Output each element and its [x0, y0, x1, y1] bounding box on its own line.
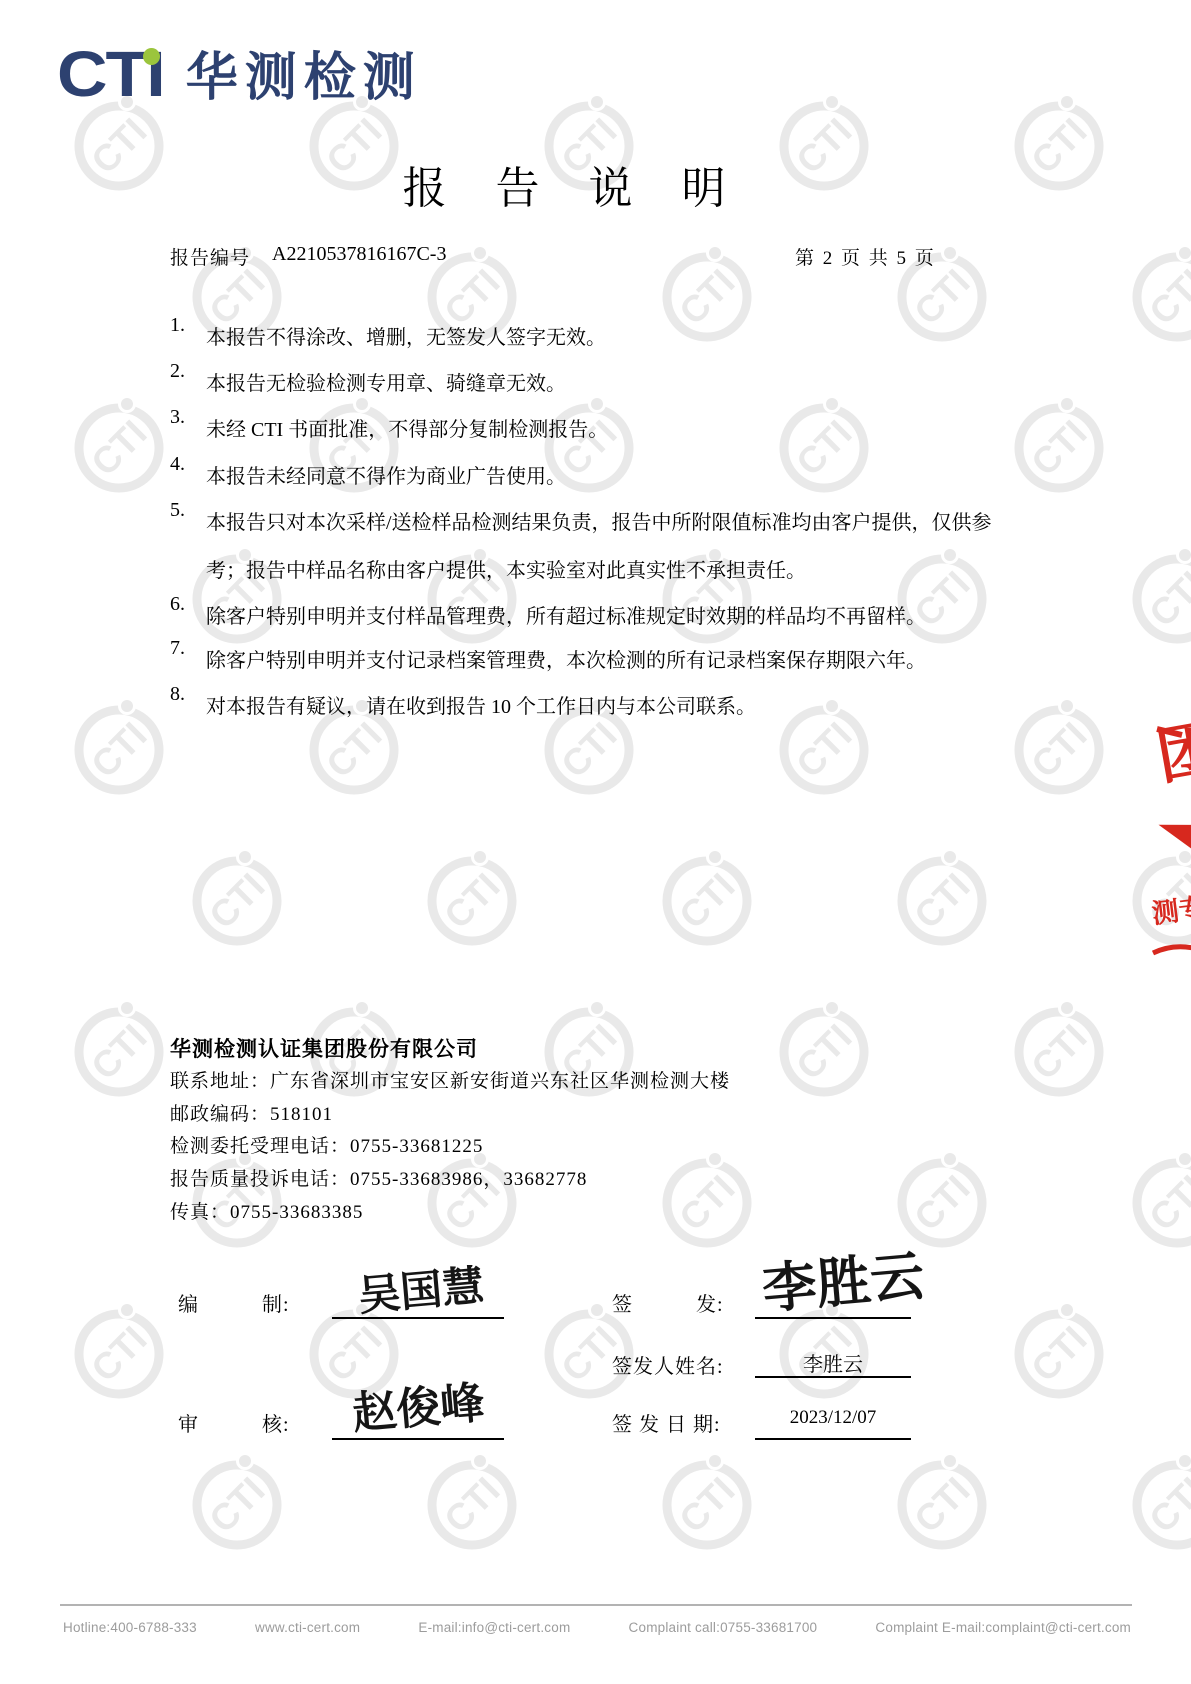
note-item-4: 4. 本报告未经同意不得作为商业广告使用。	[170, 453, 1106, 501]
note-text: 本报告只对本次采样/送检样品检测结果负责，报告中所附限值标准均由客户提供，仅供参…	[206, 499, 996, 595]
cti-watermark-icon: CTI	[422, 846, 522, 956]
company-accept-tel: 检测委托受理电话：0755-33681225	[170, 1131, 483, 1158]
issue-date-line	[755, 1438, 911, 1440]
svg-text:CTI: CTI	[83, 412, 154, 483]
cti-watermark-icon: CTI	[892, 846, 992, 956]
note-number: 8.	[170, 683, 206, 731]
note-text: 对本报告有疑议，请在收到报告 10 个工作日内与本公司联系。	[206, 683, 1106, 731]
cti-watermark-icon: CTI	[774, 997, 874, 1107]
seal-char-top: 团	[1152, 715, 1191, 793]
cti-watermark: CTI	[69, 695, 169, 810]
cti-watermark-icon: CTI	[892, 1450, 992, 1560]
prepare-signature: 吴国慧	[356, 1253, 487, 1324]
cti-watermark: CTI	[657, 1148, 757, 1263]
report-page: CTICTICTICTICTICTICTICTICTICTICTICTICTIC…	[0, 0, 1191, 1684]
note-number: 4.	[170, 453, 206, 501]
company-fax: 传真：0755-33683385	[170, 1197, 363, 1224]
issue-signature: 李胜云	[759, 1233, 927, 1324]
issuer-name-line	[755, 1376, 911, 1378]
note-item-5: 5. 本报告只对本次采样/送检样品检测结果负责，报告中所附限值标准均由客户提供，…	[170, 499, 996, 595]
cti-watermark: CTI	[1127, 242, 1191, 357]
cti-watermark: CTI	[187, 846, 287, 961]
cti-watermark-icon: CTI	[1127, 544, 1191, 654]
cti-watermark: CTI	[1009, 997, 1109, 1112]
note-text: 未经 CTI 书面批准，不得部分复制检测报告。	[206, 406, 1106, 454]
note-item-8: 8. 对本报告有疑议，请在收到报告 10 个工作日内与本公司联系。	[170, 683, 1106, 731]
note-item-7: 7. 除客户特别申明并支付记录档案管理费，本次检测的所有记录档案保存期限六年。	[170, 637, 1106, 685]
red-seal-graphic: 团 测专	[1150, 683, 1191, 973]
note-number: 2.	[170, 360, 206, 408]
note-number: 3.	[170, 406, 206, 454]
footer-email: E-mail:info@cti-cert.com	[418, 1620, 570, 1635]
footer-divider	[60, 1604, 1132, 1606]
svg-text:CTI: CTI	[1023, 1016, 1094, 1087]
red-seal-stamp: 团 测专	[1150, 683, 1191, 978]
cti-watermark-icon: CTI	[1009, 1299, 1109, 1409]
review-label: 审 核:	[178, 1408, 290, 1437]
company-address: 联系地址：广东省深圳市宝安区新安街道兴东社区华测检测大楼	[170, 1066, 730, 1093]
cti-watermark: CTI	[69, 393, 169, 508]
issue-date-value: 2023/12/07	[755, 1407, 911, 1429]
page-title: 报 告 说 明	[285, 152, 855, 216]
issue-label: 签 发:	[612, 1288, 724, 1317]
note-text: 本报告无检验检测专用章、骑缝章无效。	[206, 360, 1106, 408]
prepare-signature-line	[332, 1317, 504, 1319]
cti-watermark-icon: CTI	[1009, 997, 1109, 1107]
cti-watermark-icon: CTI	[187, 846, 287, 956]
review-signature-line	[332, 1438, 504, 1440]
svg-text:CTI: CTI	[83, 714, 154, 785]
cti-watermark: CTI	[774, 997, 874, 1112]
company-name: 华测检测认证集团股份有限公司	[170, 1033, 478, 1063]
cti-watermark-icon: CTI	[187, 1450, 287, 1560]
svg-text:CTI: CTI	[436, 865, 507, 936]
svg-text:CTI: CTI	[1023, 110, 1094, 181]
svg-text:CTI: CTI	[201, 1469, 272, 1540]
cti-watermark: CTI	[1127, 1450, 1191, 1565]
note-number: 7.	[170, 637, 206, 685]
svg-text:CTI: CTI	[83, 1318, 154, 1389]
svg-text:CTI: CTI	[83, 1016, 154, 1087]
note-number: 1.	[170, 314, 206, 362]
cti-watermark: CTI	[69, 1299, 169, 1414]
footer-complaint-email: Complaint E-mail:complaint@cti-cert.com	[875, 1620, 1131, 1635]
note-text: 除客户特别申明并支付样品管理费，所有超过标准规定时效期的样品均不再留样。	[206, 593, 1106, 641]
note-item-6: 6. 除客户特别申明并支付样品管理费，所有超过标准规定时效期的样品均不再留样。	[170, 593, 1106, 641]
cti-watermark-icon: CTI	[1009, 91, 1109, 201]
issue-date-label: 签 发 日 期:	[612, 1408, 721, 1437]
svg-text:CTI: CTI	[906, 865, 977, 936]
footer-complaint-call: Complaint call:0755-33681700	[629, 1620, 818, 1635]
cti-watermark-icon: CTI	[422, 1450, 522, 1560]
issue-signature-line	[755, 1317, 911, 1319]
report-number-label: 报告编号	[170, 243, 250, 270]
cti-watermark-icon: CTI	[69, 393, 169, 503]
cti-watermark-icon: CTI	[69, 997, 169, 1107]
svg-text:CTI: CTI	[906, 1469, 977, 1540]
company-postal-code: 邮政编码：518101	[170, 1099, 333, 1126]
cti-watermark: CTI	[1127, 1148, 1191, 1263]
cti-watermark: CTI	[1009, 91, 1109, 206]
svg-text:CTI: CTI	[788, 1016, 859, 1087]
footer-website: www.cti-cert.com	[255, 1620, 360, 1635]
note-item-2: 2. 本报告无检验检测专用章、骑缝章无效。	[170, 360, 1106, 408]
svg-text:CTI: CTI	[436, 1469, 507, 1540]
cti-watermark: CTI	[539, 997, 639, 1112]
cti-watermark-icon: CTI	[1127, 1450, 1191, 1560]
note-item-1: 1. 本报告不得涂改、增删，无签发人签字无效。	[170, 314, 1106, 362]
company-complaint-tel: 报告质量投诉电话：0755-33683986，33682778	[170, 1164, 587, 1191]
svg-text:CTI: CTI	[671, 865, 742, 936]
note-number: 5.	[170, 499, 206, 595]
cti-watermark-icon: CTI	[657, 846, 757, 956]
svg-text:CTI: CTI	[906, 1167, 977, 1238]
report-number-value: A2210537816167C-3	[272, 243, 446, 266]
cti-watermark: CTI	[1127, 544, 1191, 659]
cti-watermark: CTI	[422, 1450, 522, 1565]
cti-watermark: CTI	[69, 997, 169, 1112]
note-number: 6.	[170, 593, 206, 641]
issuer-name-label: 签发人姓名:	[612, 1350, 724, 1379]
footer-hotline: Hotline:400-6788-333	[63, 1620, 197, 1635]
note-text: 本报告未经同意不得作为商业广告使用。	[206, 453, 1106, 501]
issuer-name-value: 李胜云	[755, 1348, 911, 1377]
cti-logo-green-dot-icon	[143, 48, 160, 65]
cti-watermark-icon: CTI	[657, 1450, 757, 1560]
cti-watermark-icon: CTI	[1127, 1148, 1191, 1258]
cti-logo: CTI 华测检测	[57, 36, 422, 106]
cti-watermark: CTI	[657, 846, 757, 961]
svg-text:CTI: CTI	[671, 1167, 742, 1238]
seal-star-icon	[1150, 775, 1191, 907]
cti-watermark: CTI	[657, 1450, 757, 1565]
cti-watermark: CTI	[1009, 1299, 1109, 1414]
note-text: 本报告不得涂改、增删，无签发人签字无效。	[206, 314, 1106, 362]
note-text: 除客户特别申明并支付记录档案管理费，本次检测的所有记录档案保存期限六年。	[206, 637, 1106, 685]
seal-chars-bottom: 测专	[1150, 892, 1191, 929]
cti-watermark: CTI	[422, 846, 522, 961]
cti-watermark-icon: CTI	[657, 1148, 757, 1258]
cti-watermark-icon: CTI	[1127, 242, 1191, 352]
page-indicator: 第 2 页 共 5 页	[795, 243, 936, 270]
svg-text:CTI: CTI	[1023, 1318, 1094, 1389]
cti-watermark: CTI	[892, 1450, 992, 1565]
cti-watermark: CTI	[187, 1450, 287, 1565]
svg-text:CTI: CTI	[671, 1469, 742, 1540]
cti-watermark-icon: CTI	[69, 695, 169, 805]
footer: Hotline:400-6788-333 www.cti-cert.com E-…	[63, 1620, 1131, 1635]
cti-watermark: CTI	[892, 846, 992, 961]
review-signature: 赵俊峰	[349, 1366, 486, 1441]
cti-watermark-icon: CTI	[69, 1299, 169, 1409]
cti-logo-chinese: 华测检测	[186, 52, 422, 104]
note-item-3: 3. 未经 CTI 书面批准，不得部分复制检测报告。	[170, 406, 1106, 454]
prepare-label: 编 制:	[178, 1288, 290, 1317]
svg-text:CTI: CTI	[83, 110, 154, 181]
svg-text:CTI: CTI	[201, 865, 272, 936]
